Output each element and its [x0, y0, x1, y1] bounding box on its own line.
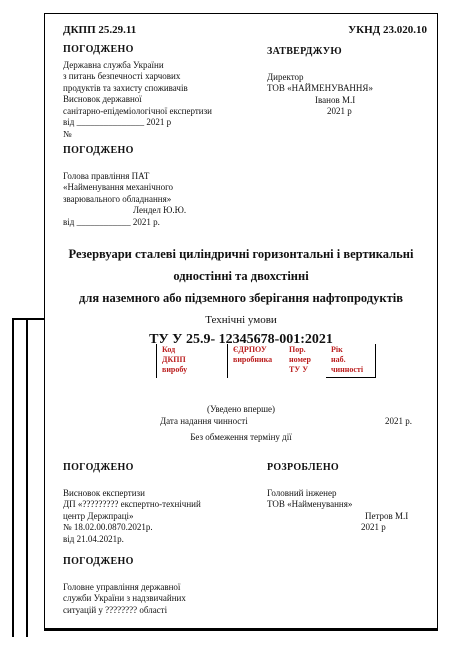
approval-line: продуктів та захисту споживачів: [63, 83, 263, 95]
code-table-col-dkpp: Код ДКПП виробу: [156, 344, 228, 378]
introduced-first-time: (Уведено вперше): [44, 404, 438, 414]
signature-year: 2021 р: [267, 522, 437, 534]
approval-final-block: ПОГОДЖЕНО Головне управління державної с…: [63, 556, 273, 616]
approval-line: Головне управління державної: [63, 582, 273, 594]
approval-line: Висновок державної: [63, 94, 263, 106]
approval-second-block: ПОГОДЖЕНО Голова правління ПАТ «Найменув…: [63, 145, 273, 228]
approval-line: Голова правління ПАТ: [63, 171, 273, 183]
approval-top-left-block: ПОГОДЖЕНО Державна служба України з пита…: [63, 44, 263, 140]
approval-line: зварювального обладнання»: [63, 194, 273, 206]
approval-date-line: від ____________ 2021 р.: [63, 217, 273, 229]
title-line-3: для наземного або підземного зберігання …: [44, 287, 438, 309]
effective-date-label: Дата надання чинності: [160, 416, 248, 426]
cell-line: номер: [289, 355, 323, 365]
cell-line: ТУ У: [289, 365, 323, 375]
spacer: [63, 161, 273, 171]
code-table-col-year: Рік наб. чинності: [326, 344, 376, 378]
code-table-col-number: Пор. номер ТУ У: [284, 344, 326, 378]
code-table: Код ДКПП виробу ЄДРПОУ виробника Пор. но…: [156, 344, 376, 378]
effective-date-year: 2021 р.: [385, 416, 412, 426]
cell-line: наб.: [331, 355, 372, 365]
approval-line: «Найменування механічного: [63, 182, 273, 194]
approval-line: служби України з надзвичайних: [63, 593, 273, 605]
spacer: [63, 572, 273, 582]
no-term-limit-note: Без обмеження терміну дії: [44, 432, 438, 442]
cell-line: виробника: [233, 355, 281, 365]
approval-line: ситуацій у ???????? області: [63, 605, 273, 617]
developed-line: ТОВ «Найменування»: [267, 499, 437, 511]
approval-heading: ПОГОДЖЕНО: [63, 145, 273, 157]
cell-line: чинності: [331, 365, 372, 375]
signer-name: Іванов М.І: [267, 95, 437, 107]
spacer: [267, 478, 437, 488]
document-title-block: Резервуари сталеві циліндричні горизонта…: [44, 243, 438, 350]
approval-line: від 21.04.2021р.: [63, 534, 268, 546]
approval-heading: ЗАТВЕРДЖУЮ: [267, 46, 437, 58]
title-line-2: одностінні та двохстінні: [44, 265, 438, 287]
spacer: [63, 478, 268, 488]
title-line-1: Резервуари сталеві циліндричні горизонта…: [44, 243, 438, 265]
cell-line: Пор.: [289, 345, 323, 355]
approval-line: ДП «????????? експертно-технічний: [63, 499, 268, 511]
fold-mark-horizontal: [12, 318, 45, 320]
fold-mark-vertical-1: [12, 318, 14, 637]
approval-line: з питань безпечності харчових: [63, 71, 263, 83]
cell-line: ЄДРПОУ: [233, 345, 281, 355]
developed-line: Головний інженер: [267, 488, 437, 500]
approval-line: Висновок експертизи: [63, 488, 268, 500]
approval-line: санітарно-епідеміологічної експертизи: [63, 106, 263, 118]
cell-line: виробу: [162, 365, 224, 375]
approval-top-right-block: ЗАТВЕРДЖУЮ Директор ТОВ «НАЙМЕНУВАННЯ» І…: [267, 46, 437, 118]
signer-name: Лендел Ю.Ю.: [63, 205, 273, 217]
cell-line: Код: [162, 345, 224, 355]
signature-year: 2021 р: [267, 106, 437, 118]
cell-line: Рік: [331, 345, 372, 355]
approval-heading: ПОГОДЖЕНО: [63, 462, 268, 474]
title-subtitle: Технічні умови: [44, 310, 438, 330]
signer-name: Петров М.І: [267, 511, 437, 523]
approval-line: ТОВ «НАЙМЕНУВАННЯ»: [267, 83, 437, 95]
cell-line: ДКПП: [162, 355, 224, 365]
approval-line: Директор: [267, 72, 437, 84]
approval-line: центр Держпраці»: [63, 511, 268, 523]
approval-heading: ПОГОДЖЕНО: [63, 44, 263, 56]
approval-date-line: від _______________ 2021 р: [63, 117, 263, 129]
fold-mark-vertical-2: [26, 318, 28, 637]
developed-heading: РОЗРОБЛЕНО: [267, 462, 437, 474]
dkpp-code: ДКПП 25.29.11: [63, 24, 136, 36]
document-page: ДКПП 25.29.11 УКНД 23.020.10 ПОГОДЖЕНО Д…: [0, 0, 459, 650]
approval-number-line: №: [63, 129, 263, 141]
uknd-code: УКНД 23.020.10: [348, 24, 427, 36]
spacer: [267, 62, 437, 72]
developed-block: РОЗРОБЛЕНО Головний інженер ТОВ «Наймену…: [267, 462, 437, 534]
approval-line: Державна служба України: [63, 60, 263, 72]
approval-line: № 18.02.00.0870.2021р.: [63, 522, 268, 534]
approval-expertise-block: ПОГОДЖЕНО Висновок експертизи ДП «??????…: [63, 462, 268, 545]
approval-heading: ПОГОДЖЕНО: [63, 556, 273, 568]
code-table-col-edrpou: ЄДРПОУ виробника: [228, 344, 284, 378]
